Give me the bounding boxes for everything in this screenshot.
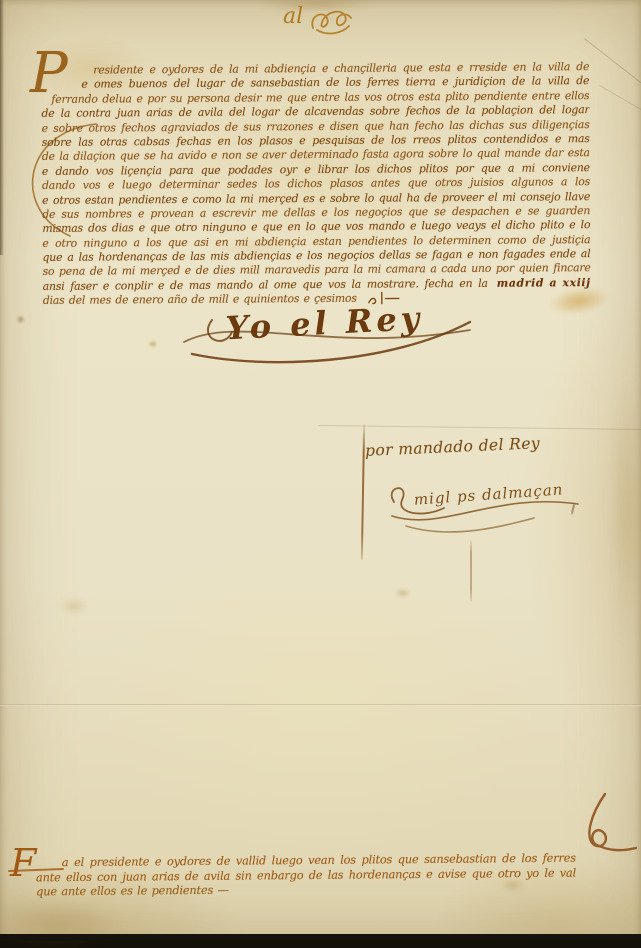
royal-signature-text: Yo el Rey bbox=[225, 299, 424, 347]
stain bbox=[16, 315, 25, 324]
fold-crease bbox=[599, 85, 641, 112]
top-mark-text: al bbox=[283, 6, 303, 28]
manuscript-page: al P residente e oydores de la mi abdien… bbox=[0, 0, 641, 941]
stain bbox=[58, 598, 90, 614]
fold-crease bbox=[0, 704, 641, 706]
secretary-signature-text: migl ps dalmaçan bbox=[413, 480, 564, 508]
stain bbox=[148, 340, 158, 348]
fold-crease bbox=[318, 425, 641, 430]
top-annotation: al bbox=[283, 6, 353, 40]
por-mandado-text: por mandado del Rey bbox=[365, 434, 541, 460]
stain bbox=[612, 370, 641, 650]
royal-signature: Yo el Rey bbox=[178, 292, 478, 367]
scan-bottom-edge bbox=[0, 934, 641, 941]
pen-stroke bbox=[470, 540, 472, 602]
stain bbox=[395, 588, 411, 598]
secretary-signature: migl ps dalmaçan bbox=[382, 474, 582, 536]
initial-letter-F: F bbox=[10, 844, 36, 882]
paper-edge-shadow bbox=[0, 0, 4, 255]
scan-background: al P residente e oydores de la mi abdien… bbox=[0, 0, 641, 948]
flourish-knot-icon bbox=[307, 6, 353, 40]
main-text-block: residente e oydores de la mi abdiençia e… bbox=[41, 60, 591, 308]
date-place-text: madrid a xxiij bbox=[497, 276, 591, 291]
fold-crease bbox=[584, 38, 641, 87]
bottom-note-block: a el presidente e oydores de vallid lueg… bbox=[36, 851, 576, 899]
